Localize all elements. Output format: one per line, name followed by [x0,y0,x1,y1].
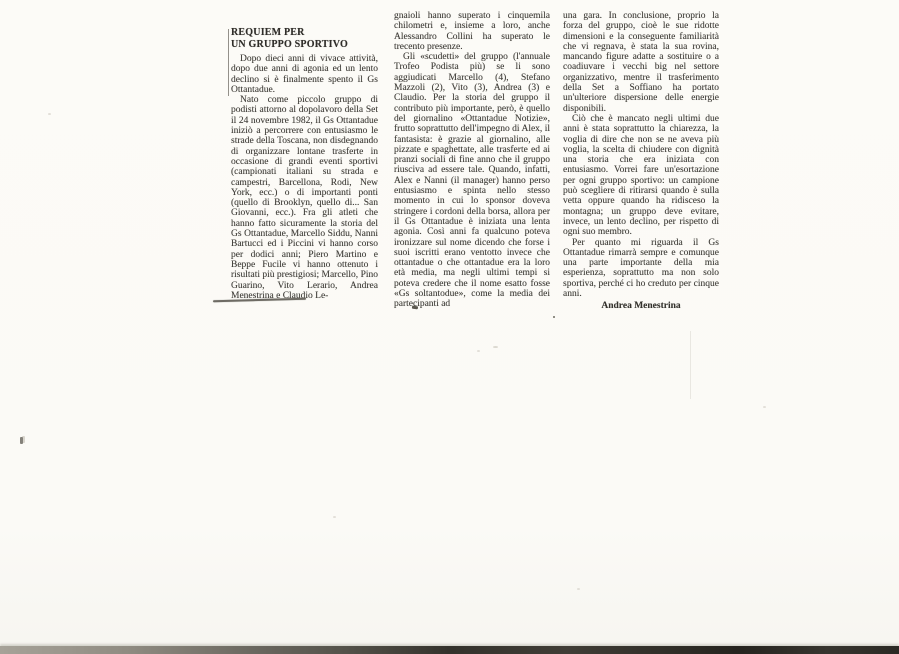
dust-speck [333,516,336,518]
headline-side-mark [228,29,229,96]
article-headline: REQUIEM PER UN GRUPPO SPORTIVO [231,27,378,50]
scan-bottom-edge-shadow [0,646,899,654]
article-paragraph: Dopo dieci anni di vivace attività, dopo… [231,54,378,95]
paper-speck-left-edge [20,437,23,444]
column-1-paragraphs: Dopo dieci anni di vivace attività, dopo… [231,54,378,301]
dust-speck [493,346,498,348]
dust-speck [577,588,580,590]
stray-dot-mark [553,316,555,318]
headline-line-2: UN GRUPPO SPORTIVO [231,39,348,50]
article-column-1: REQUIEM PER UN GRUPPO SPORTIVO Dopo diec… [231,27,378,301]
dust-speck [763,406,766,408]
dust-speck [477,350,480,352]
article-column-2: gnaioli hanno superato i cinquemila chil… [394,11,550,310]
article-paragraph: Nato come piccolo gruppo di podisti atto… [231,95,378,301]
article-column-3: una gara. In conclusione, proprio la for… [563,11,719,312]
article-paragraph: gnaioli hanno superato i cinquemila chil… [394,11,550,52]
article-paragraph: una gara. In conclusione, proprio la for… [563,11,719,114]
article-paragraph: Gli «scudetti» del gruppo (l'annuale Tro… [394,52,550,309]
article-paragraph: Ciò che è mancato negli ultimi due anni … [563,114,719,238]
scan-crease-line [690,331,691,399]
article-signature: Andrea Menestrina [563,301,719,311]
article-paragraph: Per quanto mi riguarda il Gs Ottantadue … [563,238,719,300]
dust-speck [48,113,51,115]
headline-line-1: REQUIEM PER [231,27,305,38]
column-3-paragraphs: una gara. In conclusione, proprio la for… [563,11,719,299]
scanned-page: REQUIEM PER UN GRUPPO SPORTIVO Dopo diec… [0,0,899,654]
